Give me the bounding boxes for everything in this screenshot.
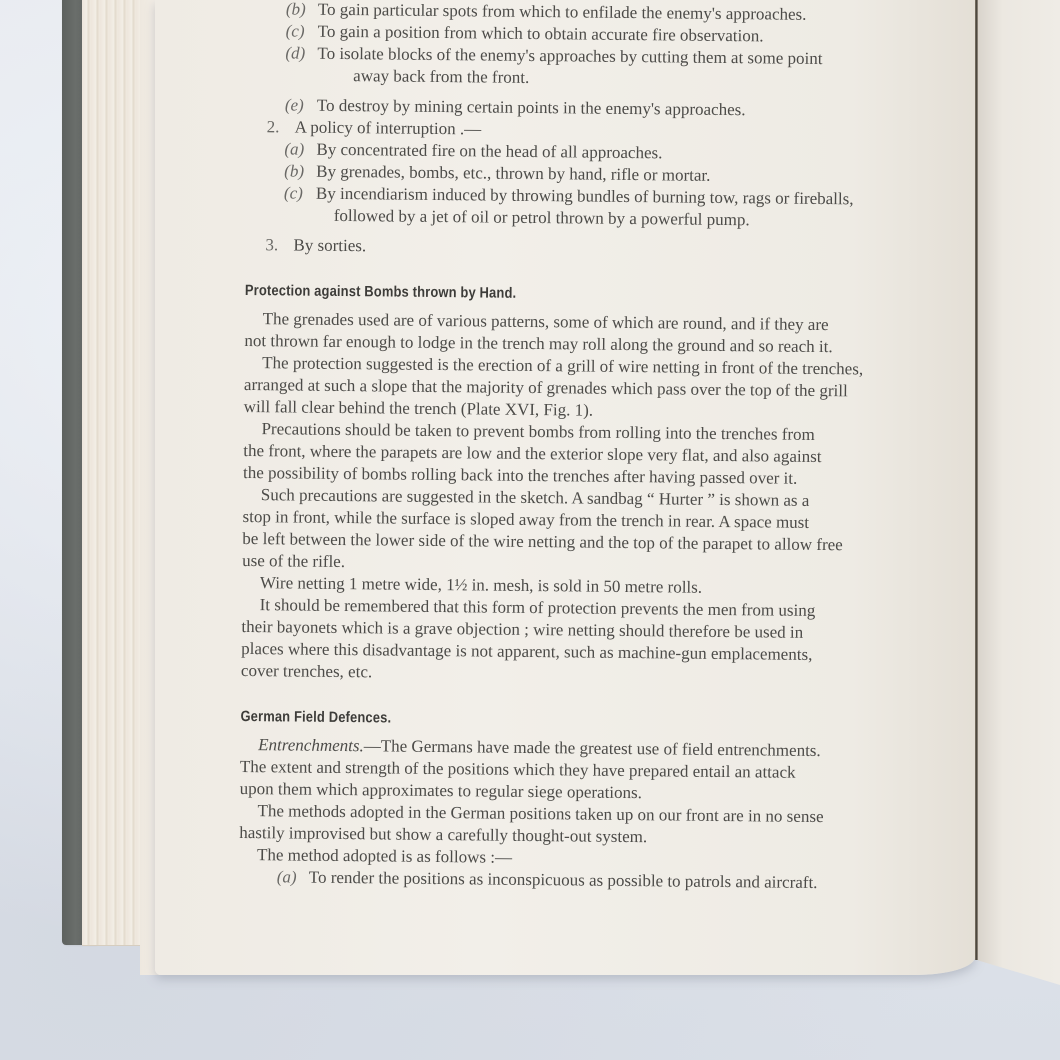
- section-heading: German Field Defences.: [240, 706, 842, 734]
- list-item-text: away back from the front.: [353, 66, 529, 87]
- list-marker: (a): [277, 866, 297, 888]
- entrenchments-label: Entrenchments.: [258, 735, 364, 755]
- list-item-text: To gain a position from which to obtain …: [318, 22, 764, 46]
- paragraph: The grenades used are of various pattern…: [244, 308, 944, 359]
- item-title: By sorties.: [293, 235, 366, 255]
- list-item-text: To gain particular spots from which to e…: [318, 0, 807, 24]
- paragraph: Precautions should be taken to prevent b…: [243, 418, 944, 491]
- section-heading: Protection against Bombs thrown by Hand.: [245, 280, 847, 308]
- list-marker: (c): [286, 20, 305, 42]
- list-marker: (b): [286, 0, 306, 21]
- paragraph: Entrenchments.—The Germans have made the…: [240, 734, 941, 807]
- facing-page: [978, 0, 1060, 985]
- item-title: A policy of interruption .—: [295, 117, 482, 138]
- list-item-text: To isolate blocks of the enemy's approac…: [317, 44, 822, 68]
- list-marker: (d): [285, 42, 305, 64]
- paragraph: It should be remembered that this form o…: [241, 594, 942, 689]
- list-item-text: To destroy by mining certain points in t…: [317, 96, 746, 119]
- list-marker: (c): [284, 182, 303, 204]
- list-marker: (a): [284, 138, 304, 160]
- list-item-text: followed by a jet of oil or petrol throw…: [334, 206, 750, 229]
- paragraph-text: —The Germans have made the greatest use …: [364, 736, 821, 760]
- paragraph: The methods adopted in the German positi…: [239, 800, 939, 851]
- book-gutter: [975, 0, 978, 960]
- list-item-text: By grenades, bombs, etc., thrown by hand…: [316, 162, 710, 185]
- list-item-text: To render the positions as inconspicuous…: [309, 868, 818, 892]
- section-bombs: Protection against Bombs thrown by Hand.…: [241, 280, 945, 689]
- policy-section: 2. A policy of interruption .— (a) By co…: [245, 116, 946, 263]
- list-marker: (b): [284, 160, 304, 182]
- paragraph: The protection suggested is the erection…: [244, 352, 945, 425]
- list-marker: (e): [285, 94, 304, 116]
- paragraph: Such precautions are suggested in the sk…: [242, 484, 943, 579]
- page-text: (b) To gain particular spots from which …: [239, 0, 948, 895]
- item-number: 3.: [265, 234, 278, 256]
- item-number: 2.: [267, 116, 280, 138]
- list-item-text: By concentrated fire on the head of all …: [316, 140, 662, 163]
- top-list: (b) To gain particular spots from which …: [247, 0, 948, 123]
- section-german: German Field Defences. Entrenchments.—Th…: [239, 706, 941, 895]
